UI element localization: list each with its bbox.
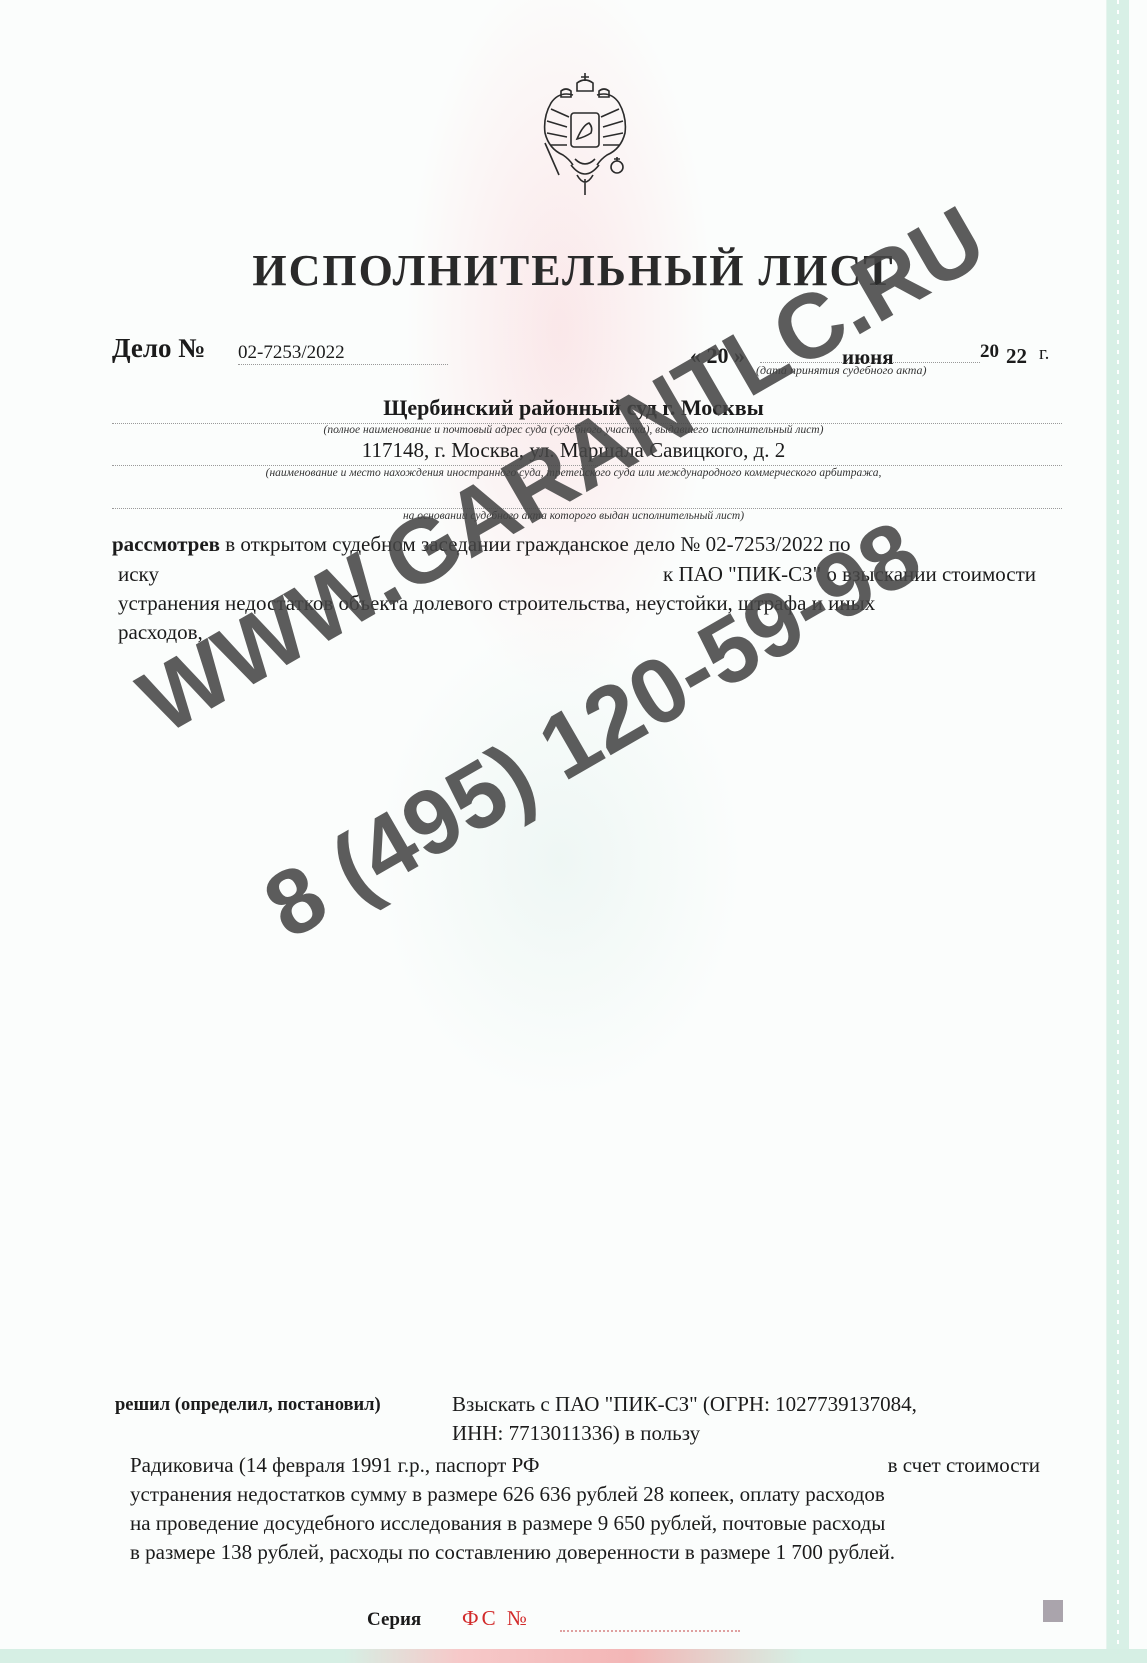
case-number: 02-7253/2022	[238, 342, 448, 365]
decision-label: решил (определил, постановил)	[115, 1395, 381, 1416]
date-year-suffix: 22	[1006, 344, 1027, 369]
date-year-unit: г.	[1039, 343, 1049, 365]
decision-line-2: ИНН: 7713011336) в пользу	[452, 1421, 700, 1446]
date-year-prefix: 20	[980, 341, 999, 363]
decision-body: Радиковича (14 февраля 1991 г.р., паспор…	[130, 1451, 1040, 1567]
decision-line-3-start: Радиковича (14 февраля 1991 г.р., паспор…	[130, 1451, 540, 1480]
decision-line-3-end: в счет стоимости	[888, 1451, 1040, 1480]
series-label: Серия	[367, 1609, 421, 1631]
security-border-bottom	[0, 1649, 1147, 1663]
considered-text-2-start: иску	[118, 562, 159, 586]
case-label: Дело №	[112, 333, 205, 364]
decision-line-4: устранения недостатков сумму в размере 6…	[130, 1480, 1040, 1509]
decision-line-6: в размере 138 рублей, расходы по составл…	[130, 1538, 1040, 1567]
series-code: ФС №	[462, 1606, 530, 1631]
decision-line-5: на проведение досудебного исследования в…	[130, 1509, 1040, 1538]
decision-line-1: Взыскать с ПАО "ПИК-СЗ" (ОГРН: 102773913…	[452, 1392, 917, 1417]
series-number-redacted	[560, 1630, 740, 1632]
considered-label: рассмотрев	[112, 532, 220, 556]
russian-coat-of-arms-icon	[525, 65, 645, 200]
security-mark	[1043, 1600, 1063, 1622]
